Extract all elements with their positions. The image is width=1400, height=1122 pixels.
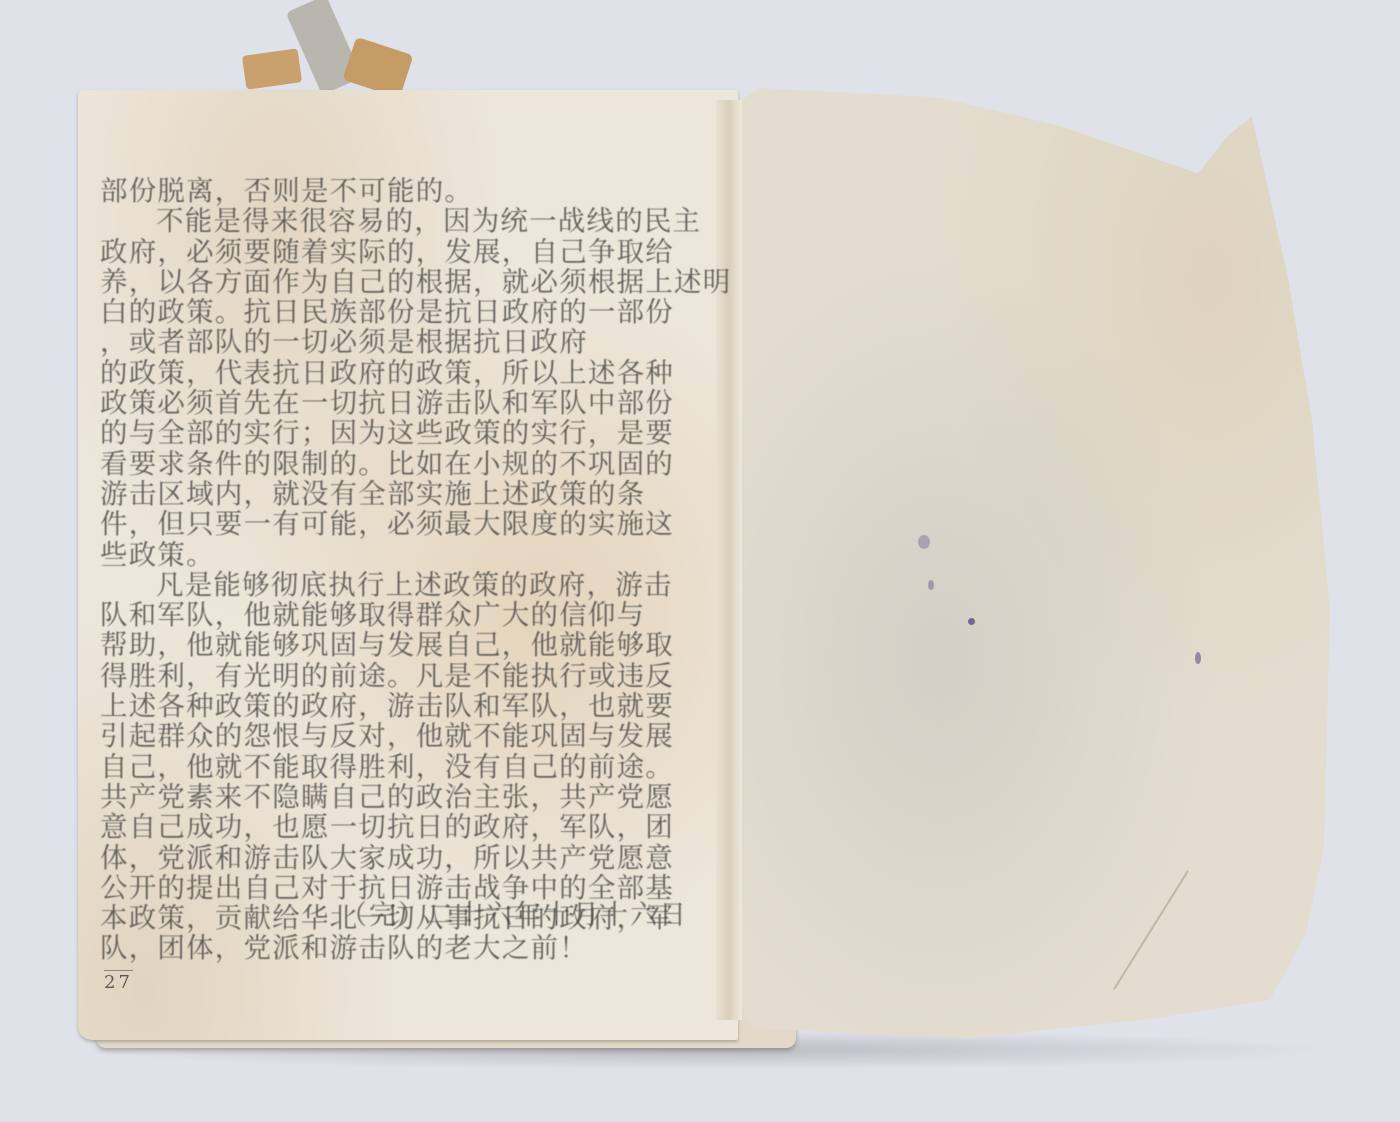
- closing-date-line: （完）二十六年十月十六日: [340, 893, 700, 932]
- torn-binding-scraps: [238, 0, 428, 100]
- ink-spot: [1195, 652, 1201, 664]
- paper-scrap: [242, 48, 302, 89]
- ink-spot: [928, 580, 934, 590]
- page-number: 27: [104, 970, 133, 993]
- text-line: 体，党派和游击队大家成功，所以共产党愿意: [100, 843, 700, 873]
- text-line: 帮助，他就能够巩固与发展自己，他就能够取: [100, 630, 700, 660]
- text-line: 部份脱离，否则是不可能的。: [100, 176, 700, 206]
- text-line: 上述各种政策的政府，游击队和军队，也就要: [100, 691, 700, 721]
- text-line: 意自己成功，也愿一切抗日的政府，军队，团: [100, 812, 700, 842]
- text-line: 的政策，代表抗日政府的政策，所以上述各种: [100, 358, 700, 388]
- text-line: 看要求条件的限制的。比如在小规的不巩固的: [100, 449, 700, 479]
- paper-scrap: [343, 37, 414, 98]
- text-line: 游击区域内，就没有全部实施上述政策的条: [100, 479, 700, 509]
- text-line: 养，以各方面作为自己的根据，就必须根据上述明: [100, 267, 700, 297]
- text-line: 的与全部的实行；因为这些政策的实行，是要: [100, 418, 700, 448]
- text-line: 不能是得来很容易的，因为统一战线的民主: [100, 206, 700, 236]
- page-body-text: 部份脱离，否则是不可能的。 不能是得来很容易的，因为统一战线的民主 政府，必须要…: [100, 176, 700, 964]
- text-line: 白的政策。抗日民族部份是抗日政府的一部份: [100, 297, 700, 327]
- text-line: 些政策。: [100, 540, 700, 570]
- ink-spot: [918, 535, 930, 549]
- text-line: 引起群众的怨恨与反对，他就不能巩固与发展: [100, 721, 700, 751]
- text-line: 政策必须首先在一切抗日游击队和军队中部份: [100, 388, 700, 418]
- text-line: 队和军队，他就能够取得群众广大的信仰与: [100, 600, 700, 630]
- text-line: 政府，必须要随着实际的，发展，自己争取给: [100, 237, 700, 267]
- ink-spot: [968, 618, 975, 625]
- book-spine: [716, 100, 742, 1020]
- text-line: 件，但只要一有可能，必须最大限度的实施这: [100, 509, 700, 539]
- text-line: 得胜利，有光明的前途。凡是不能执行或违反: [100, 661, 700, 691]
- text-line: 共产党素来不隐瞒自己的政治主张，共产党愿: [100, 782, 700, 812]
- right-page: [730, 88, 1330, 1038]
- text-line: 凡是能够彻底执行上述政策的政府，游击: [100, 570, 700, 600]
- text-line: ，或者部队的一切必须是根据抗日政府: [100, 327, 700, 357]
- text-line: 队，团体，党派和游击队的老大之前！: [100, 933, 700, 963]
- text-line: 自己，他就不能取得胜利，没有自己的前途。: [100, 752, 700, 782]
